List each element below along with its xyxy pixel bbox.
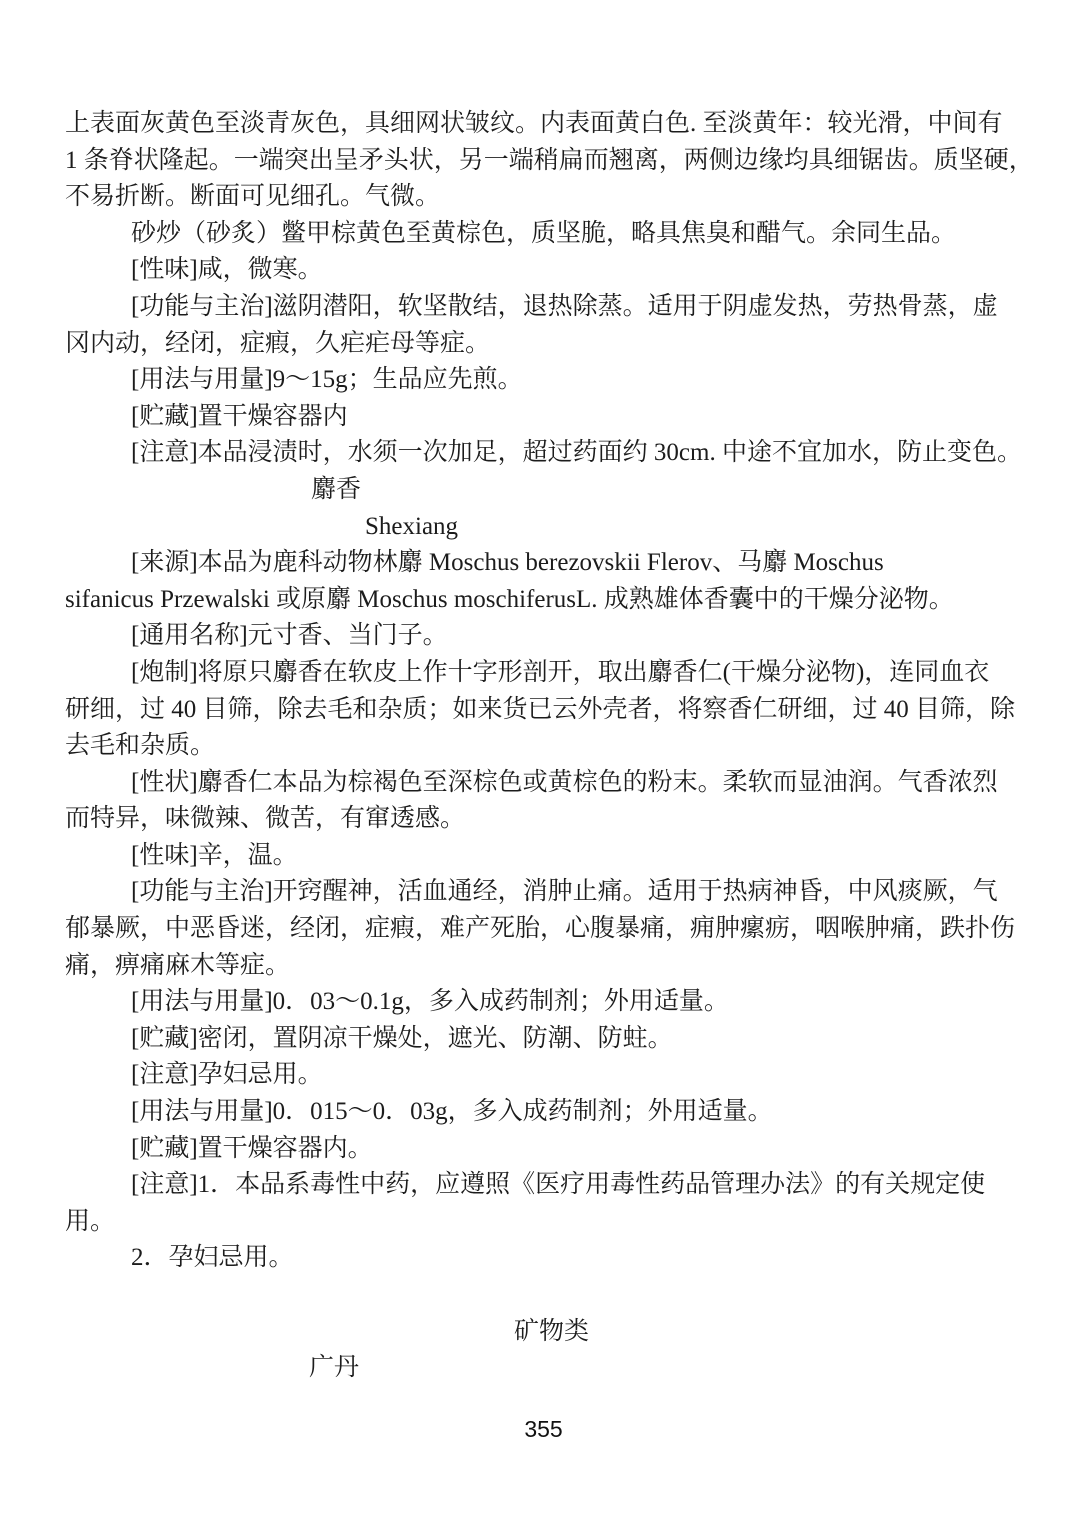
text-line: 用。 bbox=[65, 1204, 1025, 1241]
text-line-yongfa: [用法与用量]9～15g；生品应先煎。 bbox=[65, 362, 1025, 399]
text-line: sifanicus Przewalski 或原麝 Moschus moschif… bbox=[65, 582, 1025, 619]
text-line: 而特异，味微辣、微苦，有窜透感。 bbox=[65, 801, 1025, 838]
text-line: 郁暴厥，中恶昏迷，经闭，症瘕，难产死胎，心腹暴痛，痈肿瘰疬，咽喉肿痛，跌扑伤 bbox=[65, 911, 1025, 948]
text-line-yongfa: [用法与用量]0．03～0.1g，多入成药制剂；外用适量。 bbox=[65, 984, 1025, 1021]
text-line-xingzhuang: [性状]麝香仁本品为棕褐色至深棕色或黄棕色的粉末。柔软而显油润。气香浓烈 bbox=[65, 765, 1025, 802]
text-line-gongneng: [功能与主治]滋阴潜阳，软坚散结，退热除蒸。适用于阴虚发热，劳热骨蒸，虚 bbox=[65, 289, 1025, 326]
text-line-tongyongmingcheng: [通用名称]元寸香、当门子。 bbox=[65, 618, 1025, 655]
document-text-block: 上表面灰黄色至淡青灰色，具细网状皱纹。内表面黄白色. 至淡黄年：较光滑，中间有 … bbox=[65, 106, 1025, 1387]
text-line: 研细，过 40 目筛，除去毛和杂质；如来货已云外壳者，将察香仁研细，过 40 目… bbox=[65, 692, 1025, 729]
text-line: 冈内动，经闭，症瘕，久疟疟母等症。 bbox=[65, 326, 1025, 363]
text-line-zhuyi: [注意]1．本品系毒性中药，应遵照《医疗用毒性药品管理办法》的有关规定使 bbox=[65, 1167, 1025, 1204]
text-line-yongfa: [用法与用量]0．015～0．03g，多入成药制剂；外用适量。 bbox=[65, 1094, 1025, 1131]
text-line: 1 条脊状隆起。一端突出呈矛头状，另一端稍扁而翘离，两侧边缘均具细锯齿。质坚硬， bbox=[65, 143, 1025, 180]
page-number: 355 bbox=[0, 1416, 1087, 1443]
text-line: 不易折断。断面可见细孔。气微。 bbox=[65, 179, 1025, 216]
text-line-xingwei: [性味]咸，微寒。 bbox=[65, 252, 1025, 289]
text-line-gongneng: [功能与主治]开窍醒神，活血通经，消肿止痛。适用于热病神昏，中风痰厥，气 bbox=[65, 874, 1025, 911]
text-line: 2．孕妇忌用。 bbox=[65, 1240, 1025, 1277]
text-line-zhucang: [贮藏]置干燥容器内。 bbox=[65, 1131, 1025, 1168]
text-line-paozhi: [炮制]将原只麝香在软皮上作十字形剖开，取出麝香仁(干燥分泌物)，连同血衣 bbox=[65, 655, 1025, 692]
text-line-zhucang: [贮藏]密闭，置阴凉干燥处，遮光、防潮、防蛀。 bbox=[65, 1021, 1025, 1058]
text-line-zhuyi: [注意]孕妇忌用。 bbox=[65, 1057, 1025, 1094]
text-line-zhucang: [贮藏]置干燥容器内 bbox=[65, 399, 1025, 436]
text-line: 痛，痹痛麻木等症。 bbox=[65, 948, 1025, 985]
text-line-xingwei: [性味]辛，温。 bbox=[65, 838, 1025, 875]
text-line: 上表面灰黄色至淡青灰色，具细网状皱纹。内表面黄白色. 至淡黄年：较光滑，中间有 bbox=[65, 106, 1025, 143]
text-line: 去毛和杂质。 bbox=[65, 728, 1025, 765]
text-line-zhuyi: [注意]本品浸渍时，水须一次加足，超过药面约 30cm. 中途不宜加水，防止变色… bbox=[65, 435, 1025, 472]
heading-shexiang-pinyin: Shexiang bbox=[65, 509, 1025, 546]
text-line: 砂炒（砂炙）鳖甲棕黄色至黄棕色，质坚脆，略具焦臭和醋气。余同生品。 bbox=[65, 216, 1025, 253]
heading-minerals-section: 矿物类 bbox=[65, 1314, 1025, 1351]
heading-guangdan: 广丹 bbox=[65, 1350, 1025, 1387]
heading-shexiang-cn: 麝香 bbox=[65, 472, 1025, 509]
text-line-laiyuan: [来源]本品为鹿科动物林麝 Moschus berezovskii Flerov… bbox=[65, 545, 1025, 582]
document-page: 上表面灰黄色至淡青灰色，具细网状皱纹。内表面黄白色. 至淡黄年：较光滑，中间有 … bbox=[0, 0, 1087, 1536]
